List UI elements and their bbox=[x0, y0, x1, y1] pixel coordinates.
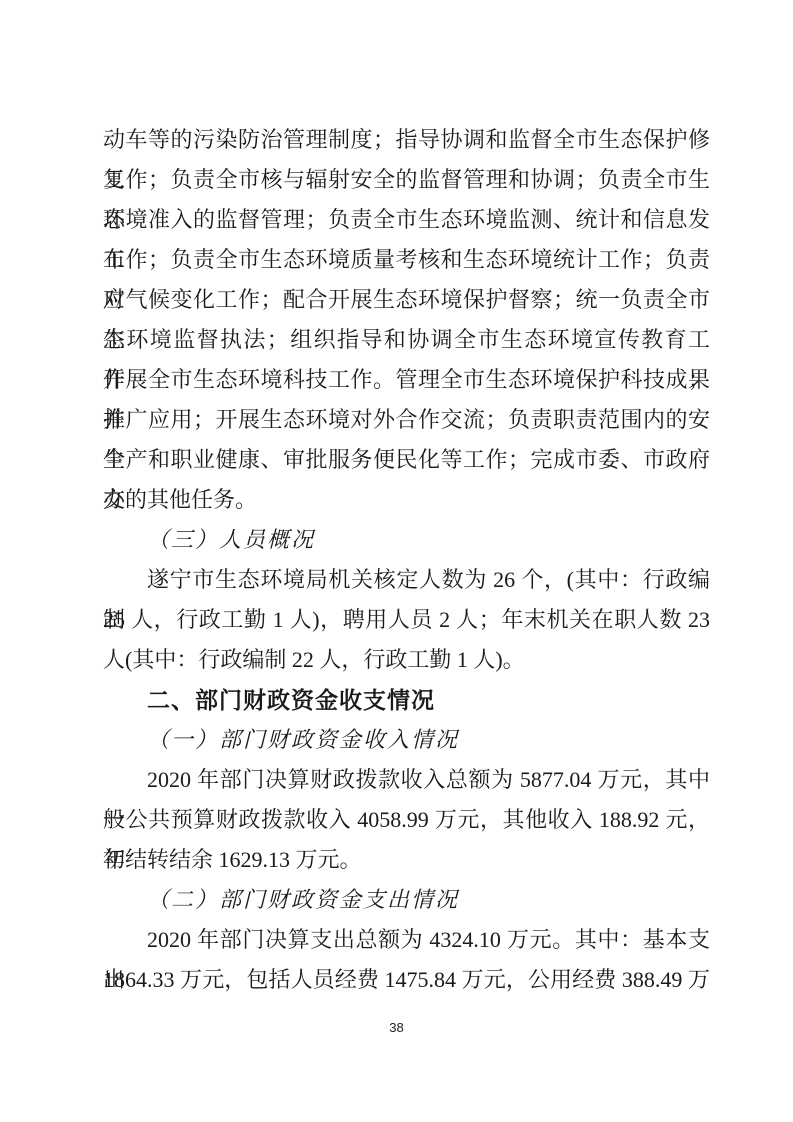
body-text-line: 环境准入的监督管理；负责全市生态环境监测、统计和信息发布 bbox=[103, 200, 710, 240]
body-text-line: 2020 年部门决算支出总额为 4324.10 万元。其中：基本支出 bbox=[103, 920, 710, 960]
body-text-line: 1864.33 万元，包括人员经费 1475.84 万元，公用经费 388.49… bbox=[103, 960, 710, 1000]
body-text-line: 生产和职业健康、审批服务便民化等工作；完成市委、市政府交 bbox=[103, 440, 710, 480]
body-text-line: 般公共预算财政拨款收入 4058.99 万元，其他收入 188.92 元，年 bbox=[103, 800, 710, 840]
body-text-line: 工作；负责全市生态环境质量考核和生态环境统计工作；负责应 bbox=[103, 240, 710, 280]
body-text-line: 办的其他任务。 bbox=[103, 480, 710, 520]
body-text-line: 工作；负责全市核与辐射安全的监督管理和协调；负责全市生态 bbox=[103, 160, 710, 200]
section-heading: 二、部门财政资金收支情况 bbox=[103, 680, 710, 720]
body-text-line: 初结转结余 1629.13 万元。 bbox=[103, 840, 710, 880]
body-text-line: 遂宁市生态环境局机关核定人数为 26 个，(其中：行政编制 bbox=[103, 560, 710, 600]
subsection-heading: （二）部门财政资金支出情况 bbox=[103, 880, 710, 920]
body-text-line: 开展全市生态环境科技工作。管理全市生态环境保护科技成果并 bbox=[103, 360, 710, 400]
subsection-heading: （一）部门财政资金收入情况 bbox=[103, 720, 710, 760]
body-text-line: 对气候变化工作；配合开展生态环境保护督察；统一负责全市生 bbox=[103, 280, 710, 320]
body-text-line: 人(其中：行政编制 22 人，行政工勤 1 人)。 bbox=[103, 640, 710, 680]
document-page: 动车等的污染防治管理制度；指导协调和监督全市生态保护修复工作；负责全市核与辐射安… bbox=[0, 0, 793, 1122]
subsection-heading: （三）人员概况 bbox=[103, 520, 710, 560]
document-body: 动车等的污染防治管理制度；指导协调和监督全市生态保护修复工作；负责全市核与辐射安… bbox=[103, 120, 710, 1000]
body-text-line: 态环境监督执法；组织指导和协调全市生态环境宣传教育工作； bbox=[103, 320, 710, 360]
body-text-line: 25 人，行政工勤 1 人)，聘用人员 2 人；年末机关在职人数 23 bbox=[103, 600, 710, 640]
body-text-line: 动车等的污染防治管理制度；指导协调和监督全市生态保护修复 bbox=[103, 120, 710, 160]
body-text-line: 2020 年部门决算财政拨款收入总额为 5877.04 万元，其中一 bbox=[103, 760, 710, 800]
body-text-line: 推广应用；开展生态环境对外合作交流；负责职责范围内的安全 bbox=[103, 400, 710, 440]
page-number: 38 bbox=[0, 1020, 793, 1035]
